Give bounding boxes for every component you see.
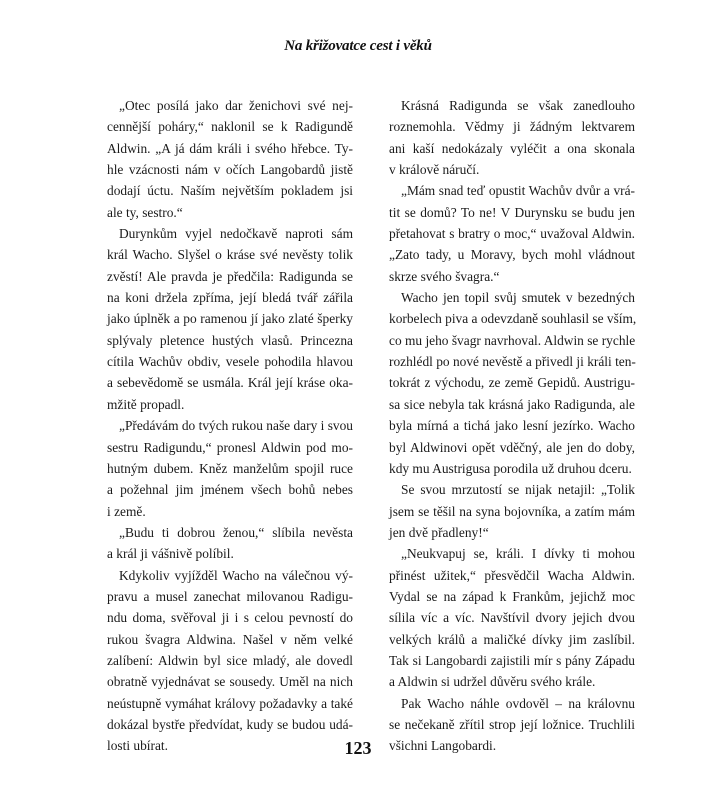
text-line: skrze svého švagra.“ (389, 266, 635, 287)
text-line: Vydal se na západ k Frankům, jejichž moc (389, 586, 635, 607)
text-line: rukou švagra Aldwina. Našel v něm velké (107, 629, 353, 650)
text-line: i země. (107, 501, 353, 522)
text-line: co mu jeho švagr navrhoval. Aldwin se ry… (389, 330, 635, 351)
paragraph: „Neukvapuj se, králi. I dívky ti mohoupř… (389, 543, 635, 692)
paragraph: Se svou mrzutostí se nijak netajil: „Tol… (389, 479, 635, 543)
text-line: byl Aldwinovi opět vděčný, ale jen do do… (389, 437, 635, 458)
paragraph: Krásná Radigunda se však zanedlouhorozne… (389, 95, 635, 180)
text-line: sestru Radigundu,“ pronesl Aldwin pod mo… (107, 437, 353, 458)
text-line: dodají úctu. Naším největším pokladem js… (107, 180, 353, 201)
text-line: roznemohla. Vědmy ji žádným lektvarem (389, 116, 635, 137)
paragraph: Kdykoliv vyjížděl Wacho na válečnou vý-p… (107, 565, 353, 757)
left-text-column: „Otec posílá jako dar ženichovi své nej-… (107, 95, 353, 757)
text-line: „Neukvapuj se, králi. I dívky ti mohou (389, 543, 635, 564)
text-line: a sebevědomě se usmála. Král její kráse … (107, 372, 353, 393)
paragraph: „Budu ti dobrou ženou,“ slíbila nevěstaa… (107, 522, 353, 565)
paragraph: „Předávám do tvých rukou naše dary i svo… (107, 415, 353, 522)
text-line: přetahovat s bratry o moc,“ uvažoval Ald… (389, 223, 635, 244)
paragraph: „Mám snad teď opustit Wachův dvůr a vrá-… (389, 180, 635, 287)
text-line: „Předávám do tvých rukou naše dary i svo… (107, 415, 353, 436)
text-line: a král ji vášnivě políbil. (107, 543, 353, 564)
text-line: jako úplněk a po ramenou jí jako zlaté š… (107, 308, 353, 329)
text-line: Durynkům vyjel nedočkavě naproti sám (107, 223, 353, 244)
text-line: korbelech piva a odevzdaně souhlasil se … (389, 308, 635, 329)
text-line: cítila Wachův obdiv, vesele pohodila hla… (107, 351, 353, 372)
text-line: „Mám snad teď opustit Wachův dvůr a vrá- (389, 180, 635, 201)
text-line: hutným dubem. Kněz manželům spojil ruce (107, 458, 353, 479)
text-line: „Otec posílá jako dar ženichovi své nej- (107, 95, 353, 116)
text-line: ale ty, sestro.“ (107, 202, 353, 223)
right-text-column: Krásná Radigunda se však zanedlouhorozne… (389, 95, 635, 757)
paragraph: Wacho jen topil svůj smutek v bezednýchk… (389, 287, 635, 479)
text-line: byla mírná a tichá jako lesní jezírko. W… (389, 415, 635, 436)
paragraph: Durynkům vyjel nedočkavě naproti sámkrál… (107, 223, 353, 415)
text-line: neústupně vymáhat královy požadavky a ta… (107, 693, 353, 714)
text-line: Krásná Radigunda se však zanedlouho (389, 95, 635, 116)
text-line: kdy mu Austrigusa porodila už druhou dce… (389, 458, 635, 479)
text-line: jen dvě přadleny!“ (389, 522, 635, 543)
text-line: Pak Wacho náhle ovdověl – na královnu (389, 693, 635, 714)
paragraph: „Otec posílá jako dar ženichovi své nej-… (107, 95, 353, 223)
text-line: a požehnal jim jménem všech bohů nebes (107, 479, 353, 500)
text-line: na koni držela zpříma, její bledá tvář z… (107, 287, 353, 308)
text-line: dokázal bystře předvídat, kudy se budou … (107, 714, 353, 735)
text-line: ndu doma, svěřoval ji i s celou pevností… (107, 607, 353, 628)
text-line: Kdykoliv vyjížděl Wacho na válečnou vý- (107, 565, 353, 586)
text-line: „Budu ti dobrou ženou,“ slíbila nevěsta (107, 522, 353, 543)
running-header: Na křižovatce cest i věků (0, 38, 716, 55)
text-line: Wacho jen topil svůj smutek v bezedných (389, 287, 635, 308)
text-line: sa sice nebyla tak krásná jako Radigunda… (389, 394, 635, 415)
text-line: král Wacho. Slyšel o kráse své nevěsty t… (107, 244, 353, 265)
text-line: ani kaší nedokázaly vyléčit a ona skonal… (389, 138, 635, 159)
text-line: hle vzácnosti nám v očích Langobardů jis… (107, 159, 353, 180)
text-line: a Aldwin si udržel důvěru svého krále. (389, 671, 635, 692)
text-line: velkých králů a maličké dívky jim zaslíb… (389, 629, 635, 650)
text-line: obratně vyjednávat se sousedy. Uměl na n… (107, 671, 353, 692)
text-line: cennější poháry,“ naklonil se k Radigund… (107, 116, 353, 137)
text-line: mžitě propadl. (107, 394, 353, 415)
text-line: Tak si Langobardi zajistili mír s pány Z… (389, 650, 635, 671)
text-line: zalíbení: Aldwin byl sice mladý, ale dov… (107, 650, 353, 671)
page-number: 123 (0, 738, 716, 759)
text-line: pravu a musel zanechat milovanou Radigu- (107, 586, 353, 607)
text-line: přinést užitek,“ přesvědčil Wacha Aldwin… (389, 565, 635, 586)
text-line: jsem se těšil na syna bojovníka, a zatím… (389, 501, 635, 522)
text-line: sílila víc a víc. Navštívil dvory jejich… (389, 607, 635, 628)
text-line: se nečekaně zřítil strop její ložnice. T… (389, 714, 635, 735)
text-line: zvěstí! Ale pravda je předčila: Radigund… (107, 266, 353, 287)
text-line: splývaly pletence hustých vlasů. Princez… (107, 330, 353, 351)
text-line: rozhlédl po nové nevěstě a přivedl ji kr… (389, 351, 635, 372)
text-line: Se svou mrzutostí se nijak netajil: „Tol… (389, 479, 635, 500)
text-line: tit se domů? To ne! V Durynsku se budu j… (389, 202, 635, 223)
text-line: v králově náručí. (389, 159, 635, 180)
text-line: Aldwin. „A já dám králi i svého hřebce. … (107, 138, 353, 159)
text-line: tokrát z východu, ze země Gepidů. Austri… (389, 372, 635, 393)
text-line: „Zato tady, u Moravy, bych mohl vládnout (389, 244, 635, 265)
